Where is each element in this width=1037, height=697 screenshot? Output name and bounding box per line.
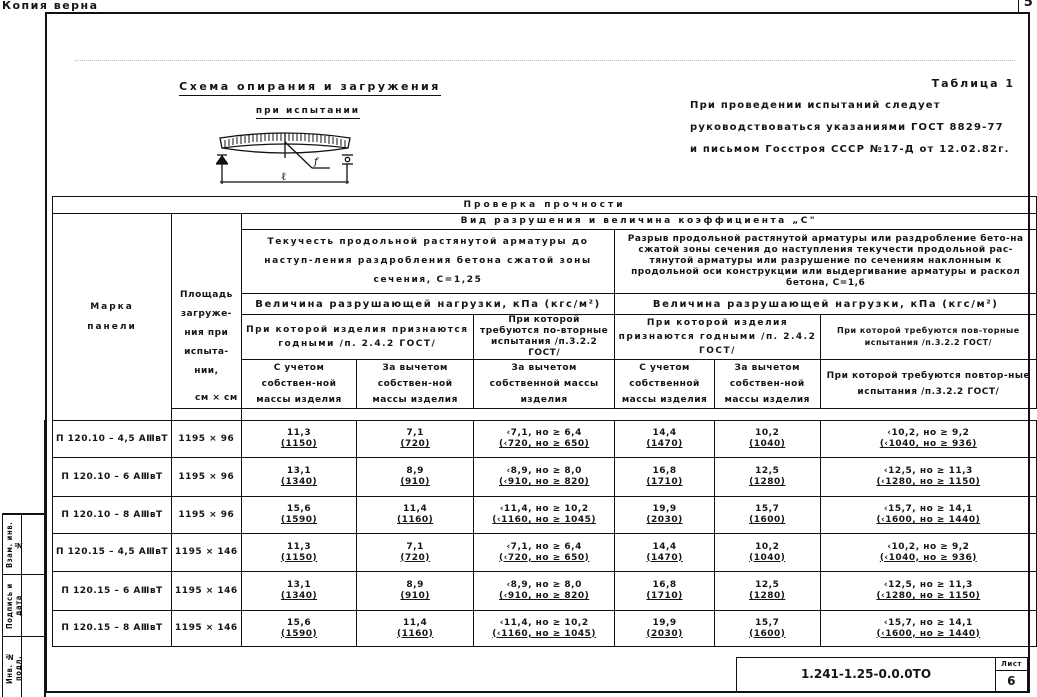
table-caption: Таблица 1 <box>690 73 1030 95</box>
value-kpa: 14,4 <box>618 542 710 553</box>
value-kpa: ‹10,2, но ≥ 9,2 <box>824 542 1033 553</box>
area-header-text: Площадь загруже-ния при испыта-нии, <box>180 290 233 376</box>
load-value-c3: ‹7,1, но ≥ 6,4(‹720, но ≥ 650) <box>473 421 614 458</box>
side-label-signature-date: Подпись и дата <box>5 577 19 635</box>
value-kpa: ‹12,5, но ≥ 11,3 <box>824 466 1033 477</box>
col-header-2: За вычетом собствен-ной массы изделия <box>357 360 474 409</box>
value-kgf: (‹1040, но ≥ 936) <box>824 553 1033 564</box>
load-value-c6: ‹10,2, но ≥ 9,2(‹1040, но ≥ 936) <box>820 534 1036 572</box>
value-kgf: (1150) <box>245 553 354 564</box>
value-kgf: (720) <box>360 439 470 450</box>
value-kgf: (‹1280, но ≥ 1150) <box>824 591 1033 602</box>
table-row: П 120.10 – 8 АⅢвТ1195 × 9615,6(1590)11,4… <box>53 497 1037 534</box>
value-kgf: (1040) <box>718 553 817 564</box>
copy-certified-stamp: Копия верна <box>2 0 99 12</box>
value-kpa: 13,1 <box>245 580 354 591</box>
load-value-c3: ‹11,4, но ≥ 10,2(‹1160, но ≥ 1045) <box>473 611 614 647</box>
panel-mark: П 120.15 – 8 АⅢвТ <box>53 611 172 647</box>
subheader-g2-accepted: При которой изделия признаются годными /… <box>615 315 820 360</box>
value-kgf: (1160) <box>360 629 470 640</box>
note-line-1: При проведении испытаний следует <box>690 95 1030 117</box>
value-kgf: (2030) <box>618 629 710 640</box>
load-value-c5: 10,2(1040) <box>714 534 820 572</box>
load-value-c1: 15,6(1590) <box>241 497 357 534</box>
value-kgf: (910) <box>360 477 470 488</box>
value-kpa: 15,6 <box>245 618 354 629</box>
value-kpa: 15,6 <box>245 504 354 515</box>
loading-area: 1195 × 146 <box>172 611 242 647</box>
group2-description: Разрыв продольной растянутой арматуры ил… <box>615 230 1037 294</box>
value-kgf: (1590) <box>245 515 354 526</box>
value-kgf: (2030) <box>618 515 710 526</box>
value-kgf: (1280) <box>718 591 817 602</box>
table-title: Проверка прочности <box>53 197 1037 214</box>
span-label: ℓ <box>281 170 286 183</box>
value-kpa: 15,7 <box>718 618 817 629</box>
value-kpa: 19,9 <box>618 504 710 515</box>
value-kgf: (‹1600, но ≥ 1440) <box>824 515 1033 526</box>
side-cell-signature: Подпись и дата <box>3 574 47 637</box>
load-value-c1: 15,6(1590) <box>241 611 357 647</box>
side-label-original-inv: Инв. № подл. <box>5 639 19 697</box>
load-value-c1: 11,3(1150) <box>241 421 357 458</box>
value-kpa: 14,4 <box>618 428 710 439</box>
load-value-c3: ‹8,9, но ≥ 8,0(‹910, но ≥ 820) <box>473 458 614 497</box>
scheme-subtitle: при испытании <box>218 106 398 119</box>
load-value-c5: 12,5(1280) <box>714 572 820 611</box>
load-value-c4: 14,4(1470) <box>615 534 714 572</box>
value-kgf: (1710) <box>618 477 710 488</box>
value-kpa: 10,2 <box>718 428 817 439</box>
load-value-c6: ‹10,2, но ≥ 9,2(‹1040, но ≥ 936) <box>820 421 1036 458</box>
value-kpa: 7,1 <box>360 542 470 553</box>
sheet-number: 6 <box>996 671 1027 691</box>
value-kgf: (‹1160, но ≥ 1045) <box>477 515 611 526</box>
subheader-g1-retest: При которой требуются по-вторные испытан… <box>473 315 614 360</box>
value-kgf: (‹1600, но ≥ 1440) <box>824 629 1033 640</box>
value-kpa: 11,4 <box>360 504 470 515</box>
value-kgf: (1600) <box>718 629 817 640</box>
load-header-group2: Величина разрушающей нагрузки, кПа (кгс/… <box>615 294 1037 315</box>
side-approval-stamp: Взам. инв. № Подпись и дата Инв. № подл. <box>2 513 46 697</box>
scheme-title-text: Схема опирания и загружения <box>179 80 441 96</box>
value-kgf: (1590) <box>245 629 354 640</box>
side-cell-replacement: Взам. инв. № <box>3 514 47 575</box>
value-kgf: (1600) <box>718 515 817 526</box>
value-kgf: (1150) <box>245 439 354 450</box>
load-value-c6: ‹12,5, но ≥ 11,3(‹1280, но ≥ 1150) <box>820 572 1036 611</box>
sheet-box: Лист 6 <box>995 658 1027 691</box>
area-header: Площадь загруже-ния при испыта-нии,см × … <box>172 214 242 409</box>
table-row: П 120.15 – 8 АⅢвТ1195 × 14615,6(1590)11,… <box>53 611 1037 647</box>
value-kpa: ‹11,4, но ≥ 10,2 <box>477 504 611 515</box>
value-kgf: (‹720, но ≥ 650) <box>477 439 611 450</box>
load-value-c2: 8,9(910) <box>357 458 474 497</box>
side-cell-original-inv: Инв. № подл. <box>3 636 47 697</box>
value-kpa: 11,3 <box>245 428 354 439</box>
value-kpa: 7,1 <box>360 428 470 439</box>
col-header-6: При которой требуются повтор-ные испытан… <box>820 360 1036 409</box>
loading-area: 1195 × 146 <box>172 572 242 611</box>
area-units-label: см × см <box>175 389 238 408</box>
value-kgf: (1470) <box>618 553 710 564</box>
value-kgf: (1340) <box>245 591 354 602</box>
load-header-group1: Величина разрушающей нагрузки, кПа (кгс/… <box>241 294 615 315</box>
panel-mark: П 120.10 – 8 АⅢвТ <box>53 497 172 534</box>
load-value-c1: 13,1(1340) <box>241 572 357 611</box>
col-header-1: С учетом собствен-ной массы изделия <box>241 360 357 409</box>
panel-mark: П 120.10 – 6 АⅢвТ <box>53 458 172 497</box>
load-value-c2: 11,4(1160) <box>357 611 474 647</box>
value-kgf: (1710) <box>618 591 710 602</box>
value-kgf: (‹720, но ≥ 650) <box>477 553 611 564</box>
table-row: П 120.10 – 6 АⅢвТ1195 × 9613,1(1340)8,9(… <box>53 458 1037 497</box>
table-row: П 120.15 – 4,5 АⅢвТ1195 × 14611,3(1150)7… <box>53 534 1037 572</box>
top-sheet-number: 5 <box>1018 0 1037 12</box>
notes-block: Таблица 1 При проведении испытаний следу… <box>690 73 1030 161</box>
value-kpa: ‹12,5, но ≥ 11,3 <box>824 580 1033 591</box>
title-block: 1.241-1.25-0.0.0ТО Лист 6 <box>736 657 1028 693</box>
load-value-c4: 19,9(2030) <box>615 611 714 647</box>
value-kgf: (1040) <box>718 439 817 450</box>
beam-loading-diagram: f ℓ <box>205 130 365 190</box>
value-kpa: ‹8,9, но ≥ 8,0 <box>477 466 611 477</box>
subheader-g2-retest: При которой требуются пов-торные испытан… <box>820 315 1036 360</box>
load-value-c6: ‹15,7, но ≥ 14,1(‹1600, но ≥ 1440) <box>820 611 1036 647</box>
value-kpa: 10,2 <box>718 542 817 553</box>
load-value-c5: 10,2(1040) <box>714 421 820 458</box>
value-kpa: ‹7,1, но ≥ 6,4 <box>477 428 611 439</box>
load-value-c3: ‹11,4, но ≥ 10,2(‹1160, но ≥ 1045) <box>473 497 614 534</box>
value-kpa: 16,8 <box>618 580 710 591</box>
load-value-c4: 16,8(1710) <box>615 572 714 611</box>
value-kpa: ‹11,4, но ≥ 10,2 <box>477 618 611 629</box>
value-kpa: 8,9 <box>360 580 470 591</box>
scheme-title: Схема опирания и загружения <box>160 80 460 96</box>
area-units: см × см <box>172 409 242 421</box>
value-kgf: (‹1160, но ≥ 1045) <box>477 629 611 640</box>
value-kpa: 13,1 <box>245 466 354 477</box>
value-kpa: 11,3 <box>245 542 354 553</box>
document-code: 1.241-1.25-0.0.0ТО <box>737 658 995 691</box>
faint-scan-line <box>75 60 1015 61</box>
value-kpa: ‹10,2, но ≥ 9,2 <box>824 428 1033 439</box>
load-value-c6: ‹12,5, но ≥ 11,3(‹1280, но ≥ 1150) <box>820 458 1036 497</box>
table-row: П 120.15 – 6 АⅢвТ1195 × 14613,1(1340)8,9… <box>53 572 1037 611</box>
load-value-c4: 14,4(1470) <box>615 421 714 458</box>
value-kgf: (1280) <box>718 477 817 488</box>
value-kpa: 12,5 <box>718 466 817 477</box>
col-header-4: С учетом собственной массы изделия <box>615 360 714 409</box>
table-row: П 120.10 – 4,5 АⅢвТ1195 × 9611,3(1150)7,… <box>53 421 1037 458</box>
sheet-label: Лист <box>996 658 1027 671</box>
value-kpa: 19,9 <box>618 618 710 629</box>
value-kgf: (1340) <box>245 477 354 488</box>
note-line-2: руководствоваться указаниями ГОСТ 8829-7… <box>690 117 1030 139</box>
load-value-c3: ‹7,1, но ≥ 6,4(‹720, но ≥ 650) <box>473 534 614 572</box>
side-label-replacement-inv: Взам. инв. № <box>5 517 19 573</box>
scheme-subtitle-text: при испытании <box>256 106 360 119</box>
load-value-c5: 12,5(1280) <box>714 458 820 497</box>
value-kgf: (1160) <box>360 515 470 526</box>
load-value-c1: 11,3(1150) <box>241 534 357 572</box>
load-value-c5: 15,7(1600) <box>714 497 820 534</box>
load-value-c1: 13,1(1340) <box>241 458 357 497</box>
value-kpa: 15,7 <box>718 504 817 515</box>
value-kgf: (1470) <box>618 439 710 450</box>
panel-mark: П 120.15 – 4,5 АⅢвТ <box>53 534 172 572</box>
value-kpa: 16,8 <box>618 466 710 477</box>
value-kgf: (910) <box>360 591 470 602</box>
load-value-c4: 19,9(2030) <box>615 497 714 534</box>
value-kgf: (‹910, но ≥ 820) <box>477 591 611 602</box>
load-value-c3: ‹8,9, но ≥ 8,0(‹910, но ≥ 820) <box>473 572 614 611</box>
value-kpa: ‹8,9, но ≥ 8,0 <box>477 580 611 591</box>
value-kpa: ‹15,7, но ≥ 14,1 <box>824 504 1033 515</box>
value-kpa: 8,9 <box>360 466 470 477</box>
deflection-label: f <box>313 157 320 168</box>
load-value-c4: 16,8(1710) <box>615 458 714 497</box>
panel-mark: П 120.10 – 4,5 АⅢвТ <box>53 421 172 458</box>
note-line-3: и письмом Госстроя СССР №17-Д от 12.02.8… <box>690 139 1030 161</box>
subheader-g1-accepted: При которой изделия признаются годными /… <box>241 315 473 360</box>
failure-type-header: Вид разрушения и величина коэффициента „… <box>241 214 1036 230</box>
loading-area: 1195 × 96 <box>172 497 242 534</box>
load-value-c5: 15,7(1600) <box>714 611 820 647</box>
load-value-c6: ‹15,7, но ≥ 14,1(‹1600, но ≥ 1440) <box>820 497 1036 534</box>
value-kgf: (‹1280, но ≥ 1150) <box>824 477 1033 488</box>
load-value-c2: 8,9(910) <box>357 572 474 611</box>
loading-area: 1195 × 146 <box>172 534 242 572</box>
strength-check-table: Проверка прочности Марка панели Площадь … <box>52 196 1037 647</box>
value-kgf: (‹910, но ≥ 820) <box>477 477 611 488</box>
value-kgf: (720) <box>360 553 470 564</box>
value-kpa: 12,5 <box>718 580 817 591</box>
loading-area: 1195 × 96 <box>172 421 242 458</box>
value-kpa: ‹15,7, но ≥ 14,1 <box>824 618 1033 629</box>
value-kpa: 11,4 <box>360 618 470 629</box>
group1-description: Текучесть продольной растянутой арматуры… <box>241 230 615 294</box>
mark-header: Марка панели <box>53 214 172 421</box>
load-value-c2: 7,1(720) <box>357 421 474 458</box>
col-header-5: За вычетом собствен-ной массы изделия <box>714 360 820 409</box>
loading-area: 1195 × 96 <box>172 458 242 497</box>
value-kgf: (‹1040, но ≥ 936) <box>824 439 1033 450</box>
load-value-c2: 7,1(720) <box>357 534 474 572</box>
load-value-c2: 11,4(1160) <box>357 497 474 534</box>
value-kpa: ‹7,1, но ≥ 6,4 <box>477 542 611 553</box>
col-header-3: За вычетом собственной массы изделия <box>473 360 614 409</box>
panel-mark: П 120.15 – 6 АⅢвТ <box>53 572 172 611</box>
